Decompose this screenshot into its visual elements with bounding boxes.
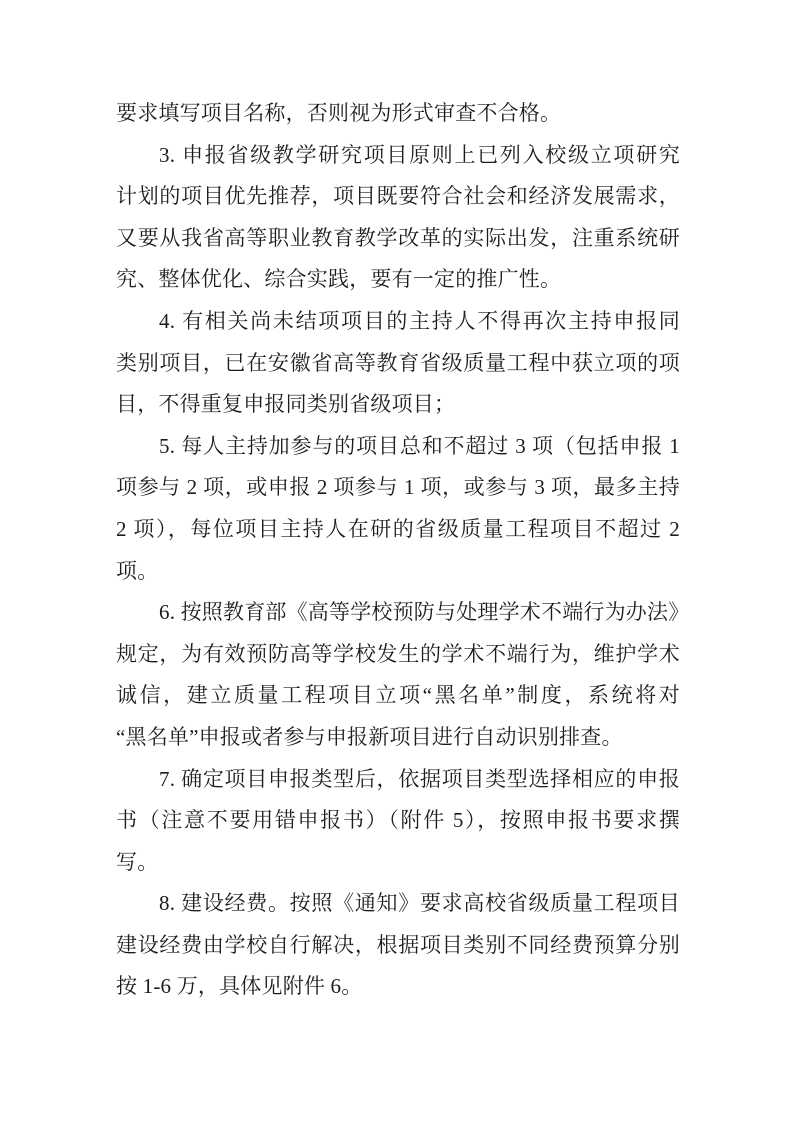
text-line: 究、整体优化、综合实践，要有一定的推广性。 — [116, 259, 680, 301]
text-line: 7. 确定项目申报类型后，依据项目类型选择相应的申报 — [116, 759, 680, 801]
text-line: 项参与 2 项，或申报 2 项参与 1 项，或参与 3 项，最多主持 — [116, 467, 680, 509]
text-line: “黑名单”申报或者参与申报新项目进行自动识别排查。 — [116, 717, 680, 759]
text-line: 又要从我省高等职业教育教学改革的实际出发，注重系统研 — [116, 218, 680, 260]
text-line: 8. 建设经费。按照《通知》要求高校省级质量工程项目 — [116, 883, 680, 925]
text-line: 计划的项目优先推荐，项目既要符合社会和经济发展需求， — [116, 176, 680, 218]
text-line: 2 项），每位项目主持人在研的省级质量工程项目不超过 2 — [116, 509, 680, 551]
text-line: 3. 申报省级教学研究项目原则上已列入校级立项研究 — [116, 135, 680, 177]
text-line: 4. 有相关尚未结项项目的主持人不得再次主持申报同 — [116, 301, 680, 343]
text-line: 写。 — [116, 842, 680, 884]
text-line: 书（注意不要用错申报书）（附件 5），按照申报书要求撰 — [116, 800, 680, 842]
text-line: 类别项目，已在安徽省高等教育省级质量工程中获立项的项 — [116, 343, 680, 385]
text-line: 要求填写项目名称，否则视为形式审查不合格。 — [116, 93, 680, 135]
text-block: 要求填写项目名称，否则视为形式审查不合格。3. 申报省级教学研究项目原则上已列入… — [116, 93, 680, 1008]
text-line: 规定，为有效预防高等学校发生的学术不端行为，维护学术 — [116, 634, 680, 676]
text-line: 5. 每人主持加参与的项目总和不超过 3 项（包括申报 1 — [116, 426, 680, 468]
text-line: 按 1-6 万，具体见附件 6。 — [116, 966, 680, 1008]
text-line: 目，不得重复申报同类别省级项目； — [116, 384, 680, 426]
text-line: 诚信，建立质量工程项目立项“黑名单”制度，系统将对 — [116, 675, 680, 717]
document-page: 要求填写项目名称，否则视为形式审查不合格。3. 申报省级教学研究项目原则上已列入… — [0, 0, 793, 1122]
text-line: 建设经费由学校自行解决，根据项目类别不同经费预算分别 — [116, 925, 680, 967]
text-line: 6. 按照教育部《高等学校预防与处理学术不端行为办法》 — [116, 592, 680, 634]
text-line: 项。 — [116, 551, 680, 593]
